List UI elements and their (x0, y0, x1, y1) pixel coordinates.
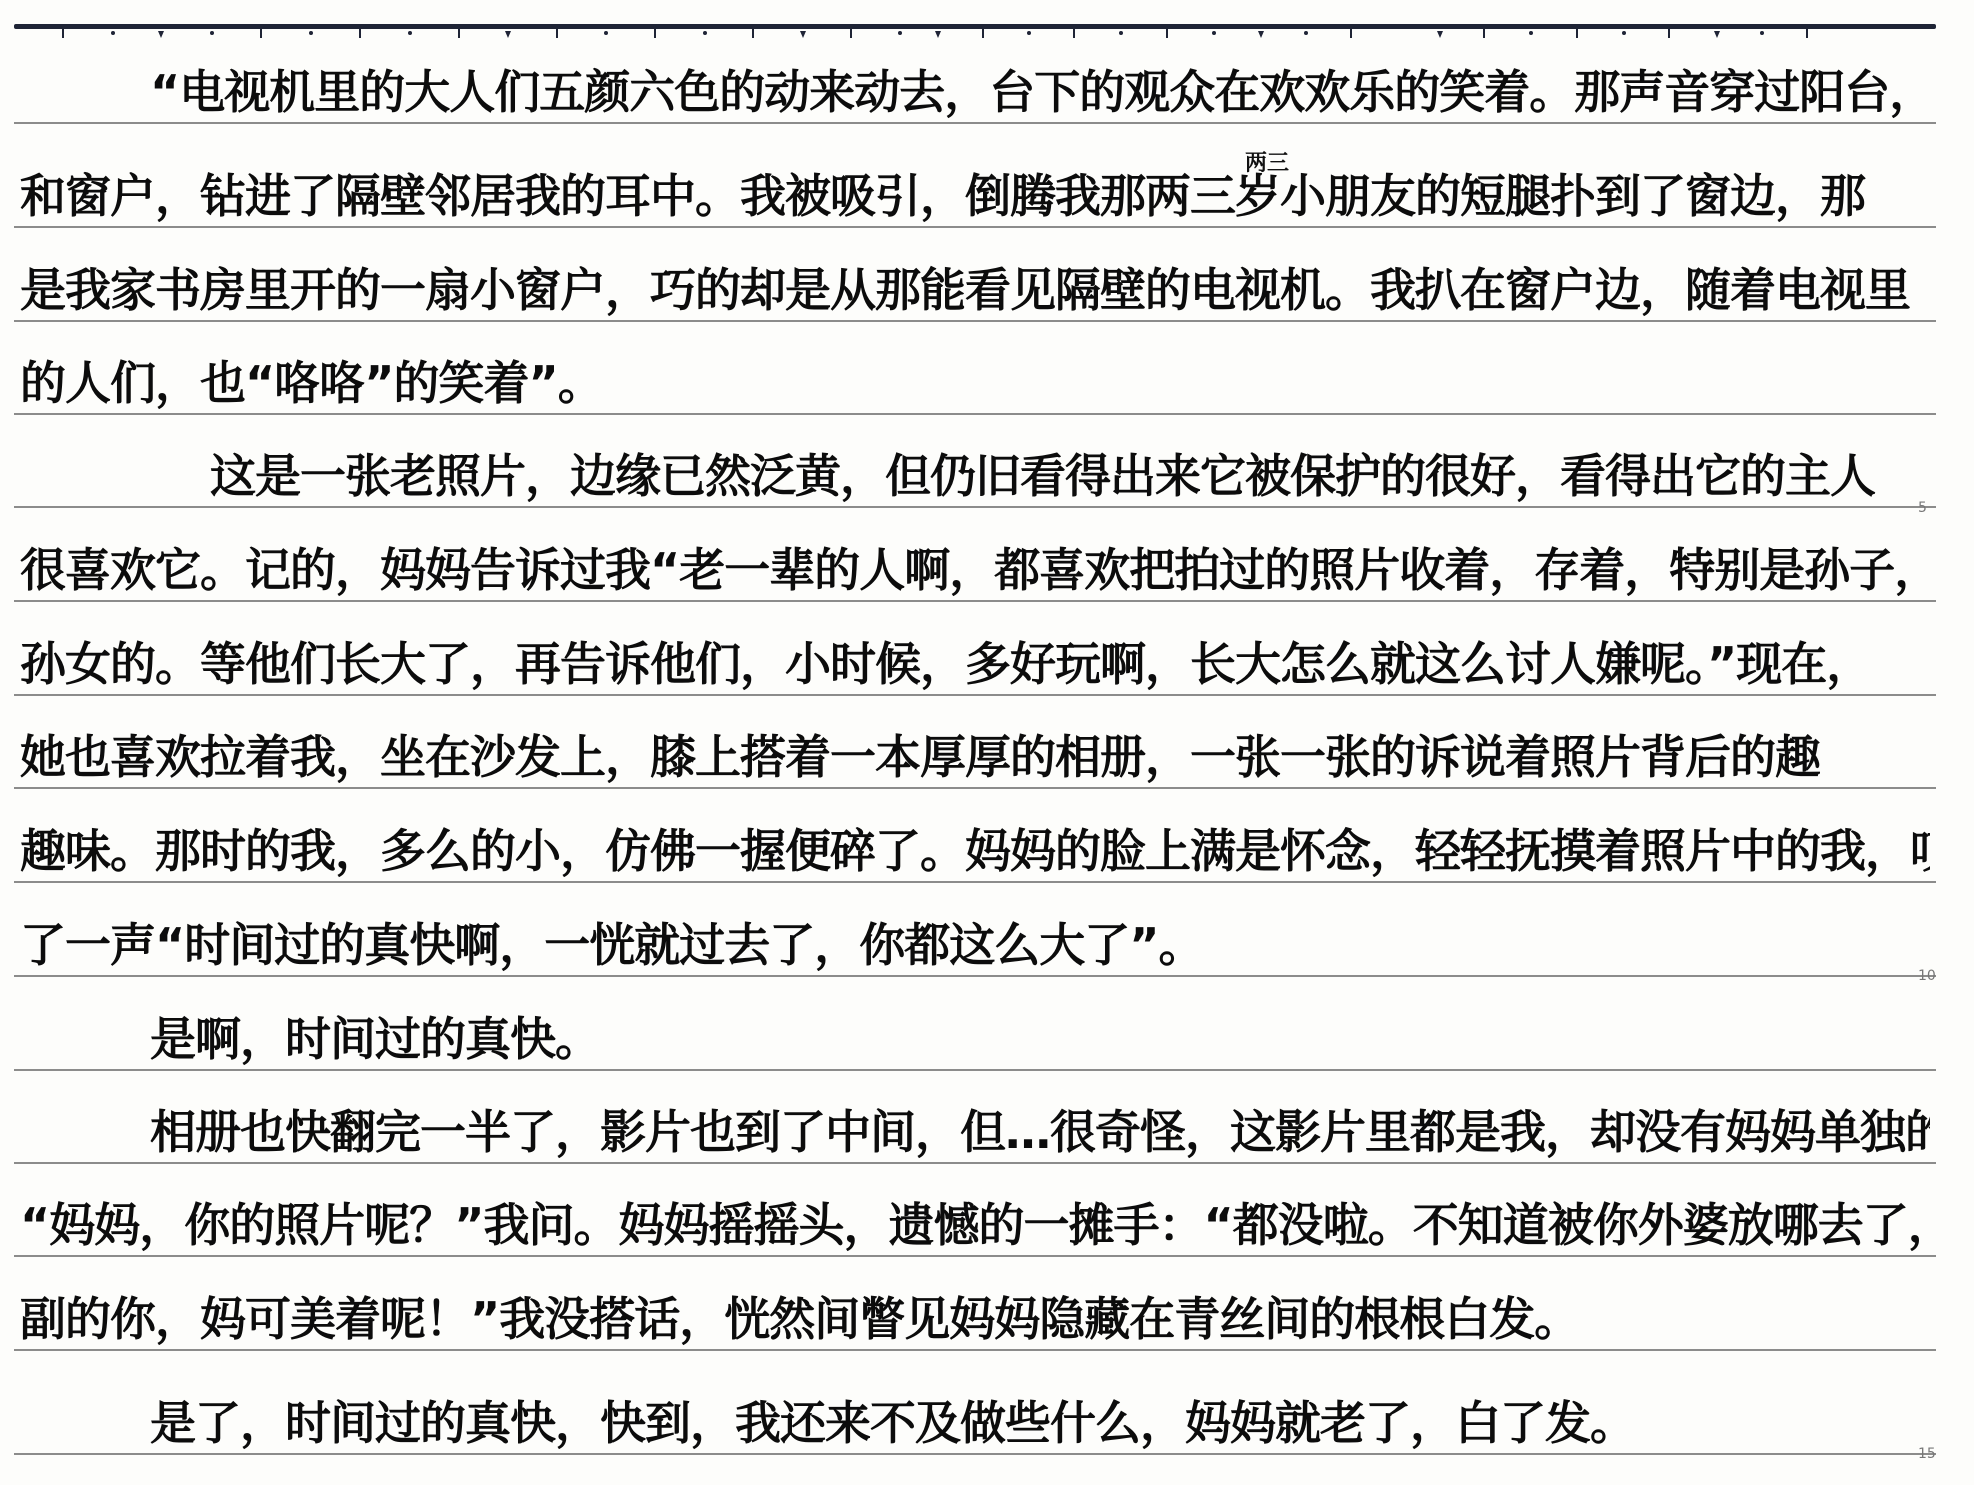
ruler-tick (1258, 31, 1264, 38)
text-line-10: 了一声“时间过的真快啊，一恍就过去了，你都这么大了”。 (20, 915, 1930, 975)
handwritten-insertion: 两三 (1245, 146, 1289, 177)
ruler-tick (752, 29, 754, 38)
text-line-15: 是了，时间过的真快，快到，我还来不及做些什么，妈妈就老了，白了发。 (20, 1393, 1930, 1453)
ruler-tick (850, 29, 852, 38)
ruler-tick (158, 31, 164, 38)
ruled-line (14, 1069, 1936, 1071)
text-line-1: “电视机里的大人们五颜六色的动来动去，台下的观众在欢欢乐的笑着。那声音穿过阳台， (20, 62, 1930, 122)
ruled-line (14, 787, 1936, 789)
top-ruler (14, 24, 1936, 29)
ruler-tick (1027, 31, 1031, 35)
ruler-tick (111, 31, 115, 35)
ruler-tick (458, 29, 460, 38)
text-line-2: 和窗户，钻进了隔壁邻居我的耳中。我被吸引，倒腾我那两三岁小朋友的短腿扑到了窗边，… (20, 166, 1930, 226)
ruled-line (14, 122, 1936, 124)
ruler-tick (359, 29, 361, 38)
ruler-tick (935, 31, 941, 38)
ruler-tick (1073, 29, 1075, 38)
ruler-tick (1119, 31, 1123, 35)
ruled-line (14, 975, 1936, 977)
ruler-tick (1576, 29, 1578, 38)
ruled-line (14, 881, 1936, 883)
text-line-9: 趣味。那时的我，多么的小，仿佛一握便碎了。妈妈的脸上满是怀念，轻轻抚摸着照片中的… (20, 821, 1930, 881)
ruler-tick (505, 31, 511, 38)
text-line-4: 的人们，也“咯咯”的笑着”。 (20, 353, 1930, 413)
ruler-tick (408, 31, 412, 35)
ruler-tick (898, 31, 902, 35)
ruler-tick (309, 31, 313, 35)
text-line-7: 孙女的。等他们长大了，再告诉他们，小时候，多好玩啊，长大怎么就这么讨人嫌呢。”现… (20, 634, 1930, 694)
ruled-line (14, 1453, 1936, 1455)
ruler-tick (210, 31, 214, 35)
ruler-tick (62, 29, 64, 38)
ruled-line (14, 1255, 1936, 1257)
ruler-tick (1529, 31, 1533, 35)
ruler-tick (1714, 31, 1720, 38)
ruled-line (14, 413, 1936, 415)
ruler-tick (260, 29, 262, 38)
ruler-tick (982, 29, 984, 38)
ruler-tick (1760, 31, 1764, 35)
ruled-line (14, 1162, 1936, 1164)
line-number-15: 15 (1918, 1446, 1936, 1462)
line-number-10: 10 (1918, 968, 1936, 984)
ruler-tick (1622, 31, 1626, 35)
ruler-tick (1483, 29, 1485, 38)
text-line-14: 副的你，妈可美着呢！”我没搭话，恍然间瞥见妈妈隐藏在青丝间的根根白发。 (20, 1289, 1930, 1349)
ruler-tick (1166, 29, 1168, 38)
ruler-tick (800, 31, 806, 38)
ruled-line (14, 600, 1936, 602)
handwritten-page: “电视机里的大人们五颜六色的动来动去，台下的观众在欢欢乐的笑着。那声音穿过阳台，… (0, 0, 1974, 1485)
ruler-tick (1668, 29, 1670, 38)
ruled-line (14, 1349, 1936, 1351)
ruler-tick (556, 29, 558, 38)
ruler-tick (1350, 29, 1352, 38)
ruler-tick (1304, 31, 1308, 35)
ruled-line (14, 694, 1936, 696)
ruled-line (14, 320, 1936, 322)
text-line-11: 是啊，时间过的真快。 (20, 1009, 1930, 1069)
text-line-12: 相册也快翻完一半了，影片也到了中间，但…很奇怪，这影片里都是我，却没有妈妈单独的… (20, 1102, 1930, 1162)
text-line-5: 这是一张老照片，边缘已然泛黄，但仍旧看得出来它被保护的很好，看得出它的主人 (20, 446, 1930, 506)
ruler-tick (703, 31, 707, 35)
ruled-line (14, 506, 1936, 508)
ruler-tick (654, 29, 656, 38)
ruler-tick (604, 31, 608, 35)
line-number-5: 5 (1918, 500, 1927, 516)
text-line-3: 是我家书房里开的一扇小窗户，巧的却是从那能看见隔壁的电视机。我扒在窗户边，随着电… (20, 260, 1930, 320)
text-line-8: 她也喜欢拉着我，坐在沙发上，膝上搭着一本厚厚的相册，一张一张的诉说着照片背后的趣 (20, 727, 1930, 787)
text-line-13: “妈妈，你的照片呢？”我问。妈妈摇摇头，遗憾的一摊手：“都没啦。不知道被你外婆放… (20, 1195, 1930, 1255)
text-line-6: 很喜欢它。记的，妈妈告诉过我“老一辈的人啊，都喜欢把拍过的照片收着，存着，特别是… (20, 540, 1930, 600)
ruled-line (14, 226, 1936, 228)
ruler-tick (1806, 29, 1808, 38)
ruler-tick (1437, 31, 1443, 38)
ruler-tick (1212, 31, 1216, 35)
